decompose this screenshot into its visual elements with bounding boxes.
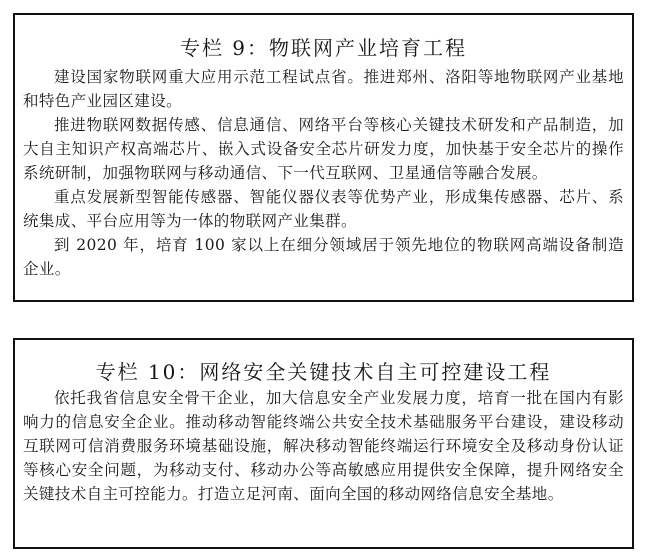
- column-10-paragraph-1: 依托我省信息安全骨干企业，加大信息安全产业发展力度，培育一批在国内有影响力的信息…: [23, 386, 624, 506]
- column-box-10: 专栏 10：网络安全关键技术自主可控建设工程 依托我省信息安全骨干企业，加大信息…: [13, 338, 634, 549]
- column-9-paragraph-2: 推进物联网数据传感、信息通信、网络平台等核心关键技术研发和产品制造，加大自主知识…: [23, 113, 624, 185]
- column-9-paragraph-1: 建设国家物联网重大应用示范工程试点省。推进郑州、洛阳等地物联网产业基地和特色产业…: [23, 65, 624, 113]
- column-9-body: 建设国家物联网重大应用示范工程试点省。推进郑州、洛阳等地物联网产业基地和特色产业…: [23, 65, 624, 281]
- column-10-body: 依托我省信息安全骨干企业，加大信息安全产业发展力度，培育一批在国内有影响力的信息…: [23, 386, 624, 506]
- column-9-paragraph-4: 到 2020 年，培育 100 家以上在细分领域居于领先地位的物联网高端设备制造…: [23, 233, 624, 281]
- column-9-paragraph-3: 重点发展新型智能传感器、智能仪器仪表等优势产业，形成集传感器、芯片、系统集成、平…: [23, 185, 624, 233]
- column-box-9: 专栏 9：物联网产业培育工程 建设国家物联网重大应用示范工程试点省。推进郑州、洛…: [13, 13, 634, 302]
- column-9-title: 专栏 9：物联网产业培育工程: [15, 36, 632, 60]
- column-10-title: 专栏 10：网络安全关键技术自主可控建设工程: [15, 360, 632, 384]
